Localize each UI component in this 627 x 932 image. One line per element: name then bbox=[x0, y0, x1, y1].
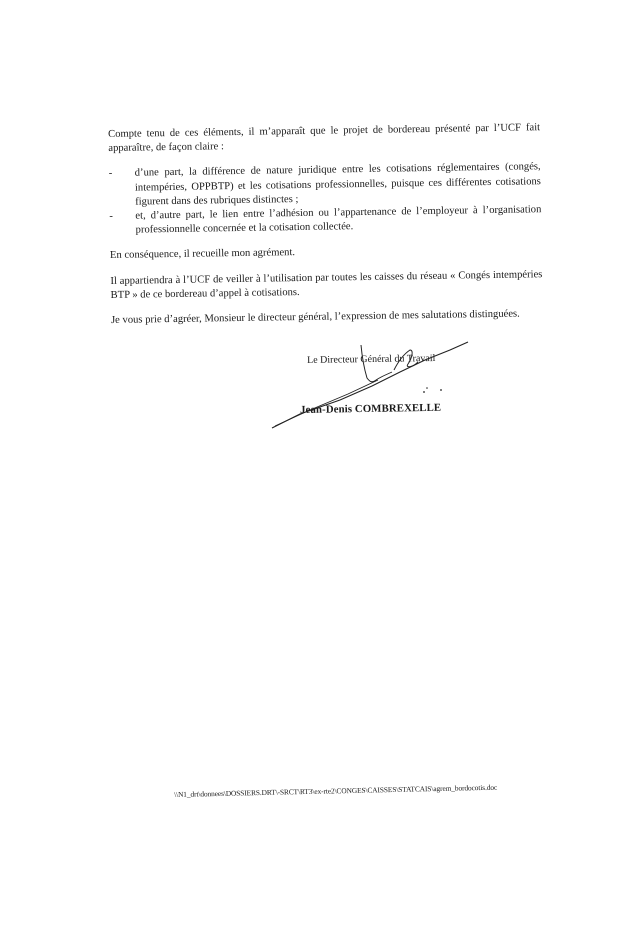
document-page: Compte tenu de ces éléments, il m’appara… bbox=[0, 0, 627, 932]
